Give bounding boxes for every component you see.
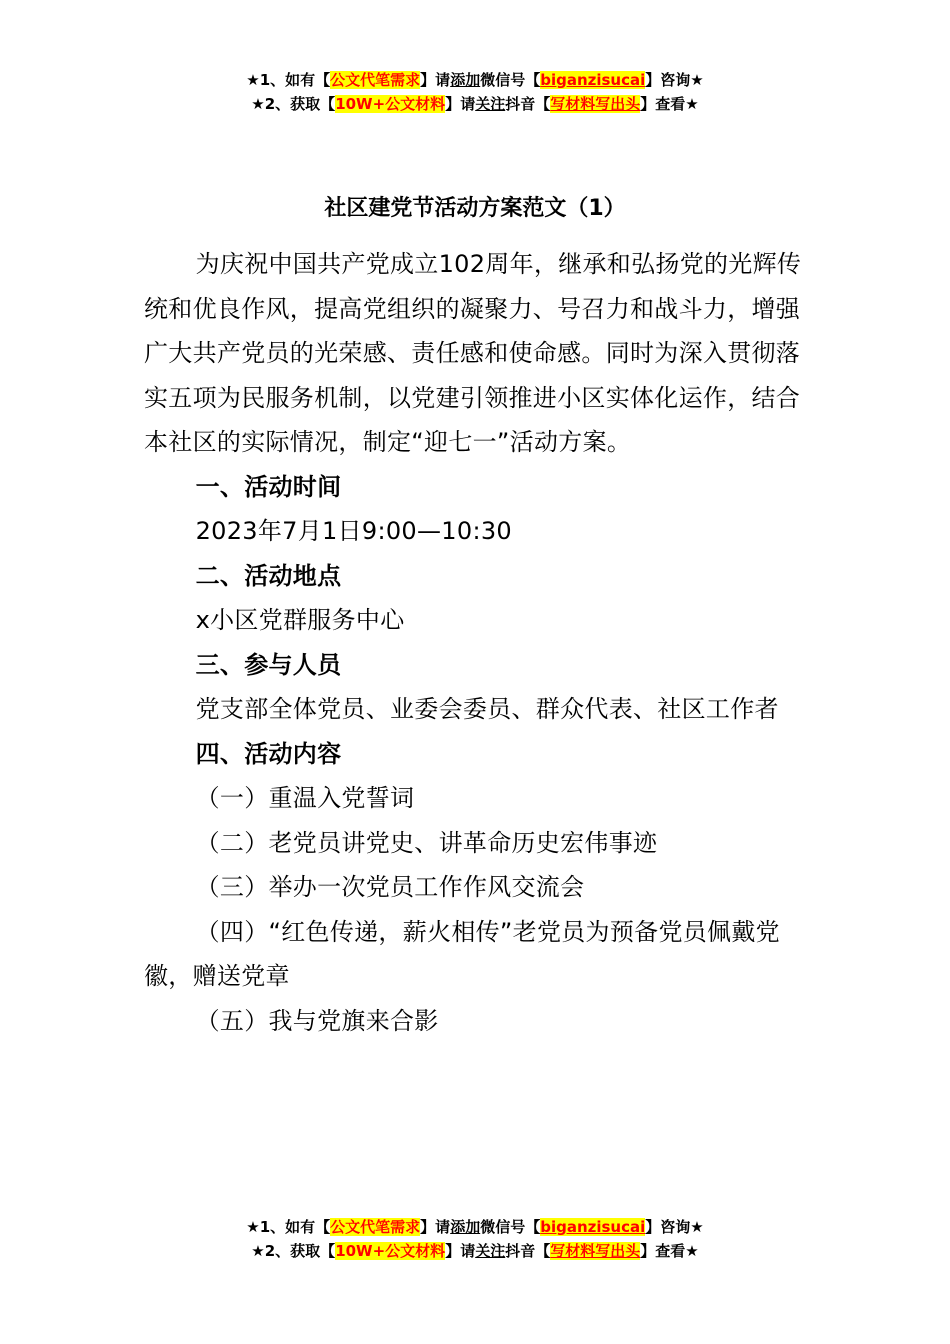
section-heading-time: 一、活动时间 bbox=[144, 465, 804, 510]
section-body-location: x小区党群服务中心 bbox=[144, 598, 804, 643]
banner-douyin-account[interactable]: 写材料写出头 bbox=[550, 95, 640, 113]
footer-banner: ★1、如有【公文代笔需求】请添加微信号【biganzisucai】咨询★ ★2、… bbox=[0, 1215, 950, 1263]
content-item-4: （四）“红色传递，薪火相传”老党员为预备党员佩戴党徽，赠送党章 bbox=[144, 910, 804, 999]
footer-highlight-materials: 10W+公文材料 bbox=[335, 1242, 445, 1260]
banner-underlined-add: 添加 bbox=[450, 71, 480, 89]
document-title: 社区建党节活动方案范文（1） bbox=[0, 192, 950, 226]
footer-underlined-follow: 关注 bbox=[475, 1242, 505, 1260]
intro-paragraph: 为庆祝中国共产党成立102周年，继承和弘扬党的光辉传统和优良作风，提高党组织的凝… bbox=[144, 242, 804, 465]
section-body-time: 2023年7月1日9:00—10:30 bbox=[144, 509, 804, 554]
section-heading-location: 二、活动地点 bbox=[144, 554, 804, 599]
document-body: 为庆祝中国共产党成立102周年，继承和弘扬党的光辉传统和优良作风，提高党组织的凝… bbox=[144, 242, 804, 1043]
footer-underlined-add: 添加 bbox=[450, 1218, 480, 1236]
content-item-3: （三）举办一次党员工作作风交流会 bbox=[144, 865, 804, 910]
banner-wechat-id[interactable]: biganzisucai bbox=[540, 71, 645, 89]
footer-douyin-account[interactable]: 写材料写出头 bbox=[550, 1242, 640, 1260]
footer-banner-line-2: ★2、获取【10W+公文材料】请关注抖音【写材料写出头】查看★ bbox=[0, 1239, 950, 1263]
content-item-1: （一）重温入党誓词 bbox=[144, 776, 804, 821]
footer-highlight-service: 公文代笔需求 bbox=[330, 1218, 420, 1236]
header-banner: ★1、如有【公文代笔需求】请添加微信号【biganzisucai】咨询★ ★2、… bbox=[0, 68, 950, 116]
banner-line-2: ★2、获取【10W+公文材料】请关注抖音【写材料写出头】查看★ bbox=[0, 92, 950, 116]
banner-highlight-materials: 10W+公文材料 bbox=[335, 95, 445, 113]
content-item-2: （二）老党员讲党史、讲革命历史宏伟事迹 bbox=[144, 821, 804, 866]
banner-highlight-service: 公文代笔需求 bbox=[330, 71, 420, 89]
section-heading-participants: 三、参与人员 bbox=[144, 643, 804, 688]
section-heading-content: 四、活动内容 bbox=[144, 732, 804, 777]
section-body-participants: 党支部全体党员、业委会委员、群众代表、社区工作者 bbox=[144, 687, 804, 732]
footer-banner-line-1: ★1、如有【公文代笔需求】请添加微信号【biganzisucai】咨询★ bbox=[0, 1215, 950, 1239]
banner-underlined-follow: 关注 bbox=[475, 95, 505, 113]
content-item-5: （五）我与党旗来合影 bbox=[144, 999, 804, 1044]
footer-wechat-id[interactable]: biganzisucai bbox=[540, 1218, 645, 1236]
banner-line-1: ★1、如有【公文代笔需求】请添加微信号【biganzisucai】咨询★ bbox=[0, 68, 950, 92]
